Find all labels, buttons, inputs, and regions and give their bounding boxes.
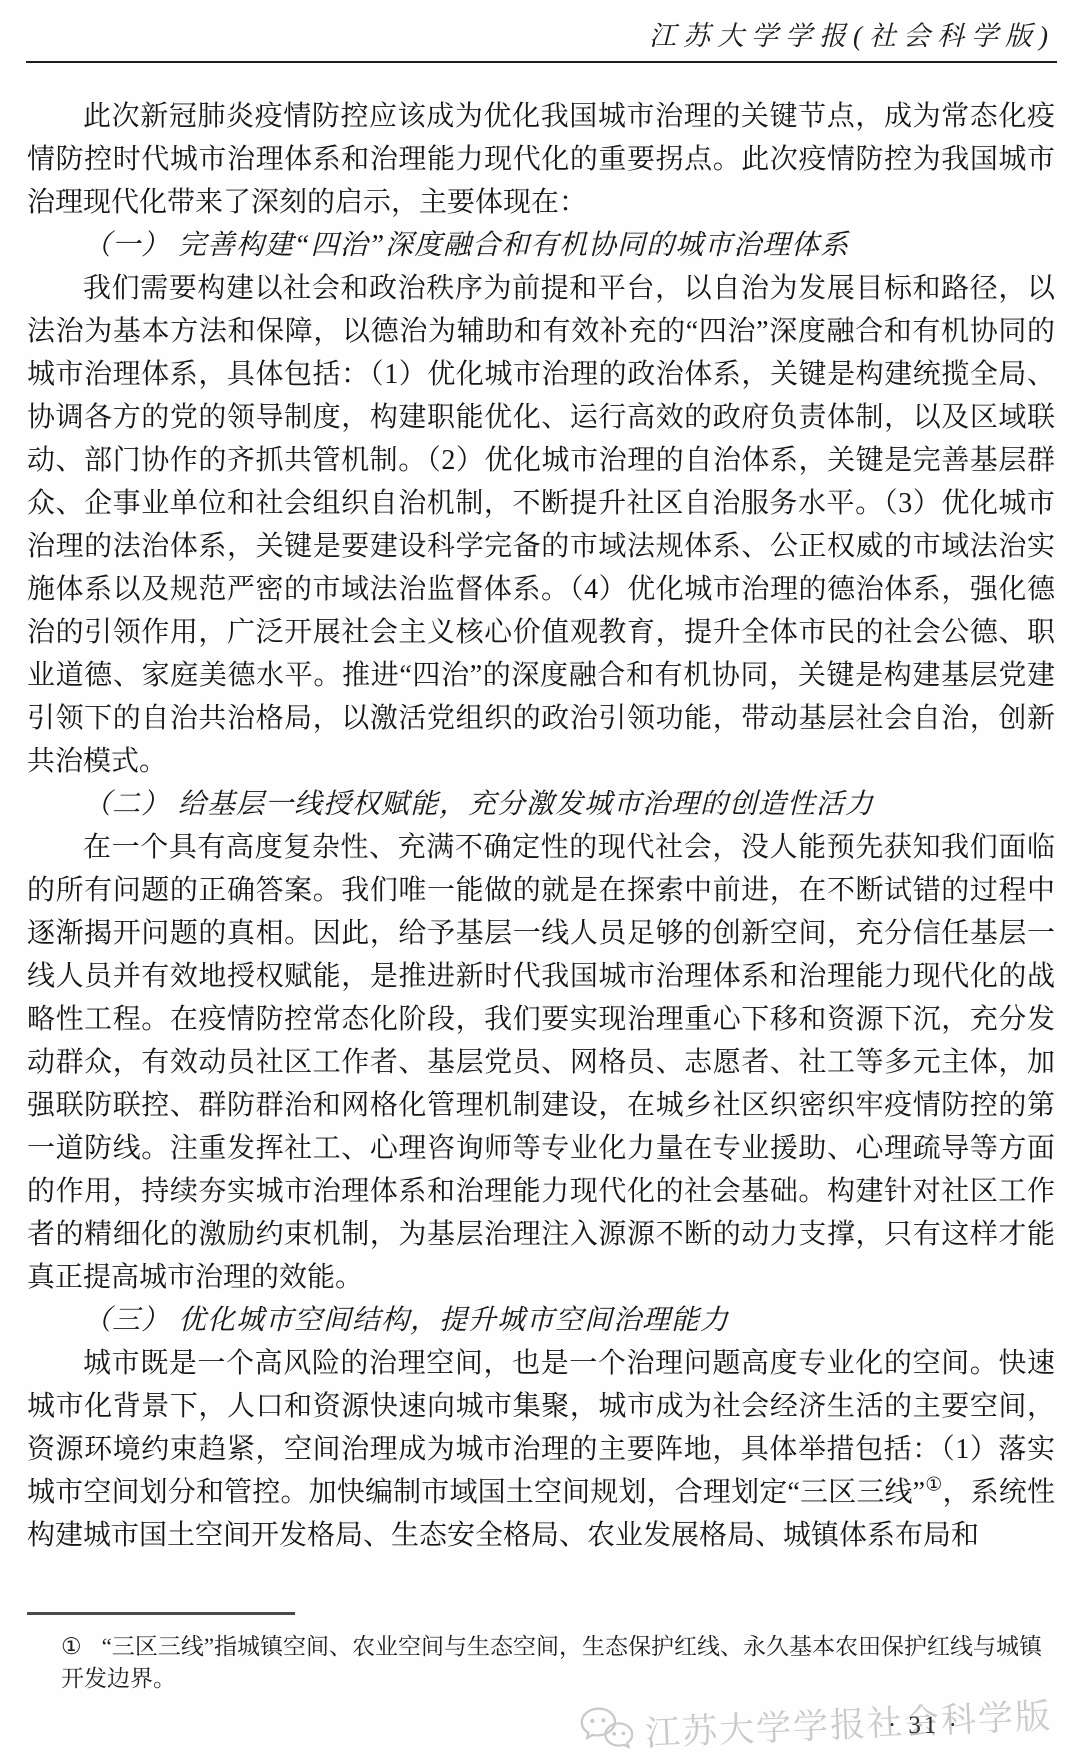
- footnote: ①“三区三线”指城镇空间、农业空间与生态空间，生态保护红线、永久基本农田保护红线…: [27, 1631, 1055, 1695]
- section-2-paragraph: 在一个具有高度复杂性、充满不确定性的现代社会，没人能预先获知我们面临的所有问题的…: [27, 826, 1055, 1299]
- section-heading-2: （二） 给基层一线授权赋能，充分激发城市治理的创造性活力: [27, 783, 1055, 826]
- footnote-text: “三区三线”指城镇空间、农业空间与生态空间，生态保护红线、永久基本农田保护红线与…: [61, 1634, 1042, 1691]
- watermark-text: 江苏大学学报社会科学版: [644, 1688, 1053, 1756]
- journal-page: 江苏大学学报(社会科学版) 此次新冠肺炎疫情防控应该成为优化我国城市治理的关键节…: [0, 0, 1080, 1762]
- section-3-paragraph: 城市既是一个高风险的治理空间，也是一个治理问题高度专业化的空间。快速城市化背景下…: [27, 1342, 1055, 1557]
- section-3-text-before-note: 城市既是一个高风险的治理空间，也是一个治理问题高度专业化的空间。快速城市化背景下…: [27, 1348, 1055, 1508]
- intro-paragraph: 此次新冠肺炎疫情防控应该成为优化我国城市治理的关键节点，成为常态化疫情防控时代城…: [27, 95, 1055, 224]
- section-heading-1: （一） 完善构建“四治”深度融合和有机协同的城市治理体系: [27, 224, 1055, 267]
- page-number: · 31 ·: [888, 1712, 960, 1740]
- footnote-divider: [27, 1612, 295, 1615]
- article-body: 此次新冠肺炎疫情防控应该成为优化我国城市治理的关键节点，成为常态化疫情防控时代城…: [27, 95, 1055, 1557]
- page-header: 江苏大学学报(社会科学版): [26, 0, 1057, 63]
- footnote-area: ①“三区三线”指城镇空间、农业空间与生态空间，生态保护红线、永久基本农田保护红线…: [27, 1612, 1055, 1695]
- watermark: 江苏大学学报社会科学版: [578, 1685, 1053, 1762]
- wechat-icon: [578, 1703, 636, 1762]
- section-heading-3: （三） 优化城市空间结构，提升城市空间治理能力: [27, 1299, 1055, 1342]
- footnote-marker: ①: [61, 1634, 82, 1659]
- journal-title: 江苏大学学报(社会科学版): [26, 14, 1055, 53]
- footnote-reference: ①: [925, 1475, 942, 1496]
- section-1-paragraph: 我们需要构建以社会和政治秩序为前提和平台，以自治为发展目标和路径，以法治为基本方…: [27, 267, 1055, 783]
